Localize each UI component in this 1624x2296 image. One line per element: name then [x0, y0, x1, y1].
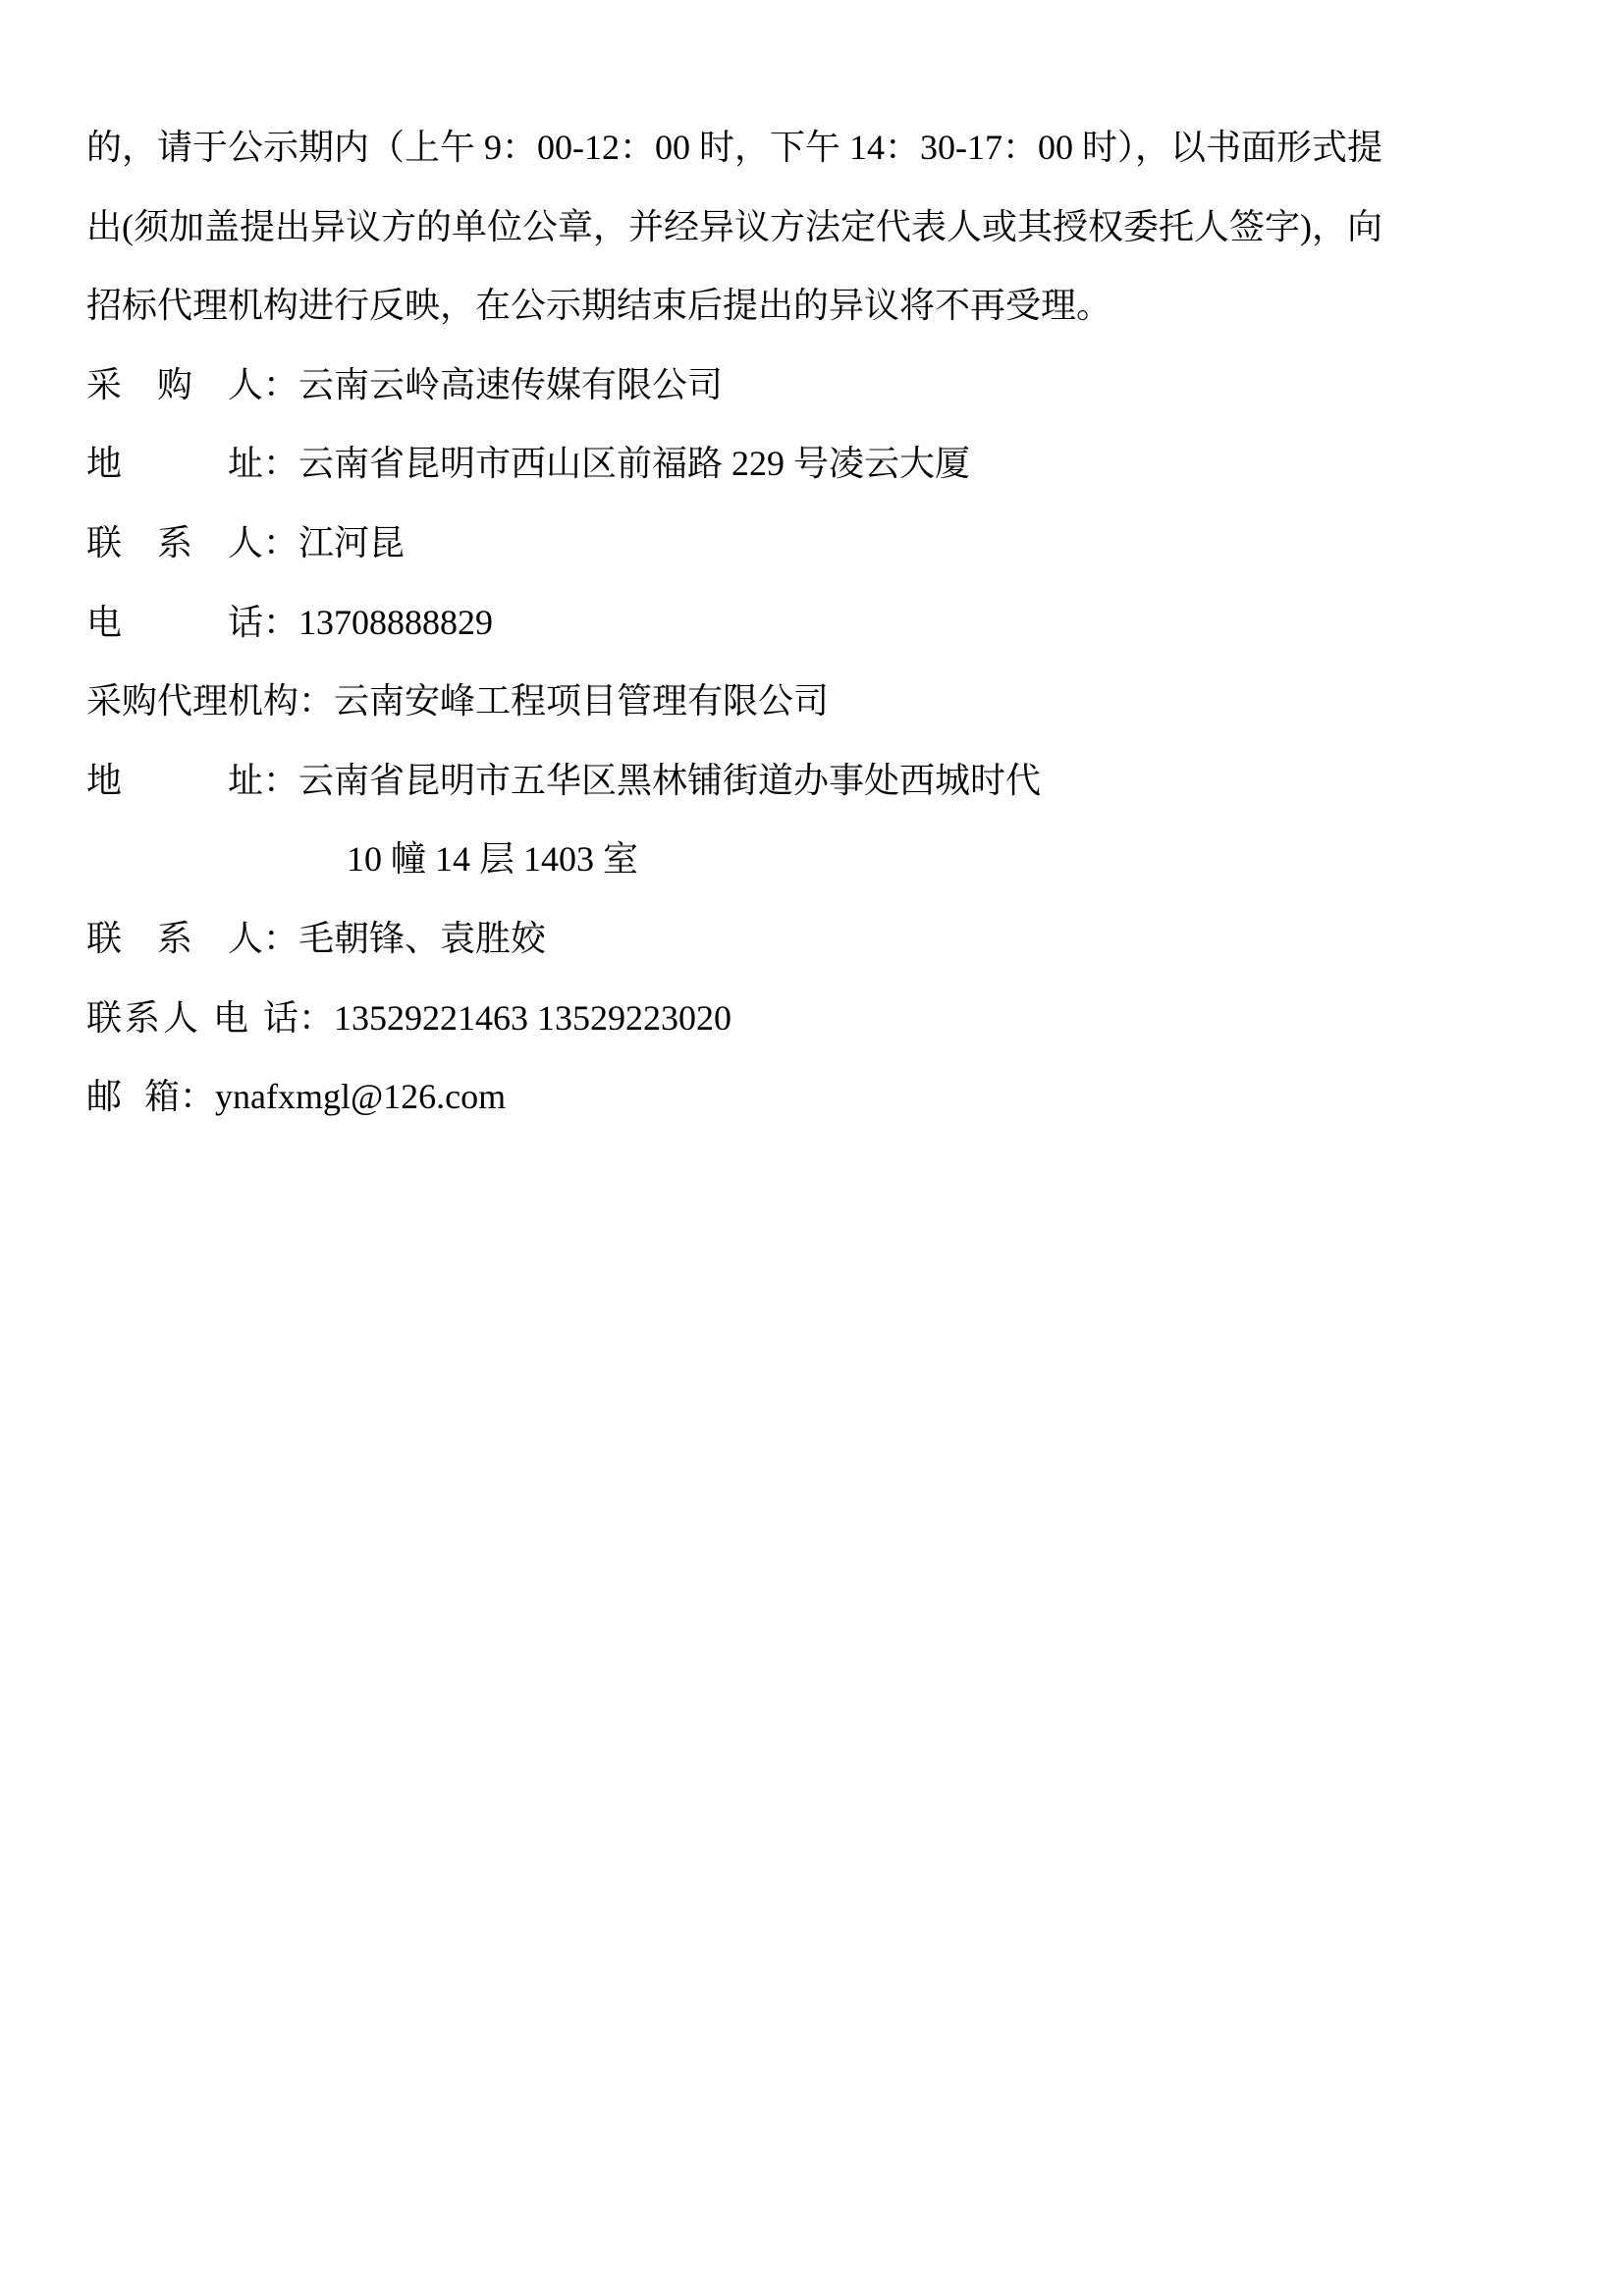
- field-row-agency-contact: 联 系 人：毛朝锋、袁胜姣: [86, 899, 1549, 979]
- field-label: 地 址: [86, 424, 263, 504]
- field-label: 联 系 人: [86, 504, 263, 583]
- field-value: 云南安峰工程项目管理有限公司: [334, 681, 829, 721]
- label-colon: ：: [263, 365, 298, 404]
- field-row-agency-email: 邮 箱：ynafxmgl@126.com: [86, 1057, 1549, 1137]
- field-row-agency-address-line2: 10 幢 14 层 1403 室: [86, 820, 1549, 899]
- field-row-purchaser-address: 地 址：云南省昆明市西山区前福路 229 号凌云大厦: [86, 424, 1549, 504]
- field-label: 电 话: [86, 583, 263, 663]
- label-colon: ：: [263, 761, 298, 800]
- field-row-agency-address: 地 址：云南省昆明市五华区黑林铺街道办事处西城时代: [86, 741, 1549, 821]
- field-value: 10 幢 14 层 1403 室: [347, 839, 638, 879]
- field-row-purchaser-contact: 联 系 人：江河昆: [86, 504, 1549, 583]
- document-page: 的，请于公示期内（上午 9：00-12：00 时，下午 14：30-17：00 …: [0, 0, 1624, 2296]
- field-label: 采购代理机构: [86, 662, 298, 741]
- field-value: 云南省昆明市西山区前福路 229 号凌云大厦: [298, 444, 970, 483]
- field-value: 13529221463 13529223020: [334, 998, 731, 1038]
- field-value: 云南省昆明市五华区黑林铺街道办事处西城时代: [298, 761, 1041, 800]
- field-label: 邮 箱: [86, 1057, 180, 1137]
- label-colon: ：: [263, 919, 298, 958]
- email-value: ynafxmgl@126.com: [215, 1077, 506, 1116]
- field-row-agency-phone: 联系人 电 话：13529221463 13529223020: [86, 979, 1549, 1058]
- field-value: 江河昆: [298, 523, 405, 562]
- notice-line: 出(须加盖提出异议方的单位公章，并经异议方法定代表人或其授权委托人签字)，向: [86, 187, 1549, 267]
- field-label: 地 址: [86, 741, 263, 821]
- field-label: 联 系 人: [86, 899, 263, 979]
- notice-line: 招标代理机构进行反映，在公示期结束后提出的异议将不再受理。: [86, 266, 1549, 346]
- field-label: 采 购 人: [86, 346, 263, 425]
- field-row-purchaser: 采 购 人：云南云岭高速传媒有限公司: [86, 346, 1549, 425]
- document-content: 的，请于公示期内（上午 9：00-12：00 时，下午 14：30-17：00 …: [86, 108, 1549, 1137]
- label-colon: ：: [298, 681, 334, 721]
- label-colon: ：: [263, 603, 298, 642]
- notice-line: 的，请于公示期内（上午 9：00-12：00 时，下午 14：30-17：00 …: [86, 108, 1549, 187]
- label-colon: ：: [180, 1077, 215, 1116]
- label-colon: ：: [263, 523, 298, 562]
- field-row-agency: 采购代理机构：云南安峰工程项目管理有限公司: [86, 662, 1549, 741]
- field-value: 云南云岭高速传媒有限公司: [298, 365, 723, 404]
- field-row-purchaser-phone: 电 话：13708888829: [86, 583, 1549, 663]
- label-colon: ：: [263, 444, 298, 483]
- field-label: 联系人 电 话: [86, 979, 298, 1058]
- field-value: 13708888829: [298, 603, 493, 642]
- field-value: 毛朝锋、袁胜姣: [298, 919, 546, 958]
- label-colon: ：: [298, 998, 334, 1038]
